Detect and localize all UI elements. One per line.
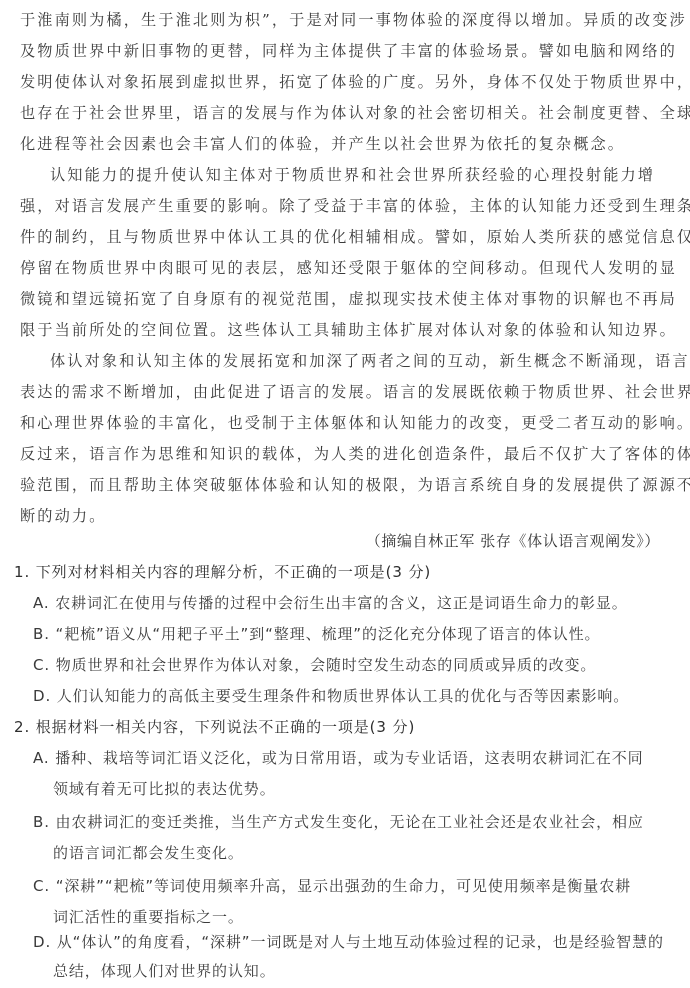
option-a[interactable]: A. 农耕词汇在使用与传播的过程中会衍生出丰富的含义，这正是词语生命力的彰显。	[33, 593, 628, 613]
option-b[interactable]: B. “耙梳”语义从“用耙子平土”到“整理、梳理”的泛化充分体现了语言的体认性。	[33, 624, 600, 644]
option-c-continuation[interactable]: 词汇活性的重要指标之一。	[53, 907, 244, 927]
passage-line: 停留在物质世界中肉眼可见的表层，感知还受限于躯体的空间移动。但现代人发明的显	[20, 258, 660, 278]
question-stem: 1. 下列对材料相关内容的理解分析，不正确的一项是(3 分)	[14, 562, 431, 582]
passage-line: 微镜和望远镜拓宽了自身原有的视觉范围，虚拟现实技术使主体对事物的识解也不再局	[20, 289, 660, 309]
passage-line: 限于当前所处的空间位置。这些体认工具辅助主体扩展对体认对象的体验和认知边界。	[20, 320, 660, 340]
passage-line: 也存在于社会世界里，语言的发展与作为体认对象的社会密切相关。社会制度更替、全球	[20, 103, 660, 123]
passage-line: 体认对象和认知主体的发展拓宽和加深了两者之间的互动，新生概念不断涌现，语言	[50, 351, 660, 371]
passage-line: 和心理世界体验的丰富化，也受制于主体躯体和认知能力的改变，更受二者互动的影响。	[20, 413, 660, 433]
passage-line: 发明使体认对象拓展到虚拟世界，拓宽了体验的广度。另外，身体不仅处于物质世界中，	[20, 72, 660, 92]
option-d[interactable]: D. 人们认知能力的高低主要受生理条件和物质世界体认工具的优化与否等因素影响。	[33, 686, 629, 706]
passage-line: 件的制约，且与物质世界中体认工具的优化相辅相成。譬如，原始人类所获的感觉信息仅	[20, 227, 660, 247]
passage-line: 化进程等社会因素也会丰富人们的体验，并产生以社会世界为依托的复杂概念。	[20, 134, 660, 154]
exam-page: 于淮南则为橘，生于淮北则为枳”，于是对同一事物体验的深度得以增加。异质的改变涉 …	[0, 0, 690, 988]
passage-line: 于淮南则为橘，生于淮北则为枳”，于是对同一事物体验的深度得以增加。异质的改变涉	[20, 10, 660, 30]
option-a-continuation[interactable]: 领域有着无可比拟的表达优势。	[53, 779, 276, 799]
passage-line: 验范围，而且帮助主体突破躯体体验和认知的极限，为语言系统自身的发展提供了源源不	[20, 475, 660, 495]
passage-line: 断的动力。	[20, 506, 660, 526]
option-d[interactable]: D. 从“体认”的角度看，“深耕”一词既是对人与土地互动体验过程的记录，也是经验…	[33, 932, 664, 952]
passage-line: 认知能力的提升使认知主体对于物质世界和社会世界所获经验的心理投射能力增	[50, 165, 660, 185]
passage-line: 表达的需求不断增加，由此促进了语言的发展。语言的发展既依赖于物质世界、社会世界	[20, 382, 660, 402]
option-b[interactable]: B. 由农耕词汇的变迁类推，当生产方式发生变化，无论在工业社会还是农业社会，相应	[33, 812, 644, 832]
source-citation: （摘编自林正军 张存《体认语言观阐发》）	[366, 531, 660, 551]
option-d-continuation[interactable]: 总结，体现人们对世界的认知。	[53, 961, 276, 981]
option-c[interactable]: C. “深耕”“耙梳”等词使用频率升高，显示出强劲的生命力，可见使用频率是衡量农…	[33, 876, 631, 896]
passage-line: 反过来，语言作为思维和知识的载体，为人类的进化创造条件，最后不仅扩大了客体的体	[20, 444, 660, 464]
option-b-continuation[interactable]: 的语言词汇都会发生变化。	[53, 843, 244, 863]
passage-line: 及物质世界中新旧事物的更替，同样为主体提供了丰富的体验场景。譬如电脑和网络的	[20, 41, 660, 61]
passage-line: 强，对语言发展产生重要的影响。除了受益于丰富的体验，主体的认知能力还受到生理条	[20, 196, 660, 216]
option-a[interactable]: A. 播种、栽培等词汇语义泛化，或为日常用语，或为专业话语，这表明农耕词汇在不同	[33, 748, 644, 768]
question-stem: 2. 根据材料一相关内容，下列说法不正确的一项是(3 分)	[14, 717, 415, 737]
option-c[interactable]: C. 物质世界和社会世界作为体认对象，会随时空发生动态的同质或异质的改变。	[33, 655, 596, 675]
